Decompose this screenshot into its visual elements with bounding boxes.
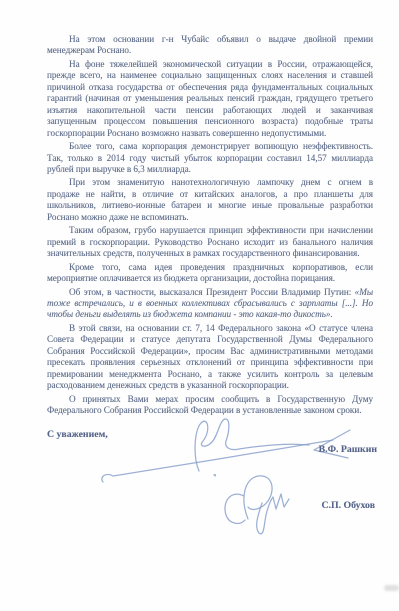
scan-smudge [384, 585, 399, 591]
paragraph: При этом знаменитую нанотехнологичную ла… [47, 177, 373, 223]
text-line: мероприятие оплачивается из бюджета орга… [47, 273, 373, 284]
text-line: премий в госкорпорации. Руководство Росн… [47, 237, 373, 248]
text-line: значительных средств, полученных в рамка… [47, 248, 373, 259]
text-line: причиной отказа государства от обеспечен… [47, 82, 373, 93]
text-line: Роснано можно даже не вспоминать. [47, 212, 373, 223]
text-line: гарантий (начиная от уменьшения реальных… [47, 93, 373, 104]
letter-body: На этом основании г-н Чубайс объявил о в… [47, 34, 373, 419]
text-line: На фоне тяжелейшей экономической ситуаци… [47, 59, 373, 70]
paragraph: Кроме того, сама идея проведения праздни… [47, 262, 373, 285]
text-line: изъятия накопительной части пенсии работ… [47, 105, 373, 116]
text-line: Об этом, в частности, высказался Президе… [47, 287, 373, 298]
text-line: Совета Федерации и статусе депутата Госу… [47, 334, 373, 345]
text-line: При этом знаменитую нанотехнологичную ла… [47, 177, 373, 188]
text-line: Собрания Российской Федерации», просим В… [47, 346, 373, 357]
text-line: О принятых Вами мерах просим сообщить в … [47, 394, 373, 405]
text-line: школьников, литиево-ионные батареи и мно… [47, 200, 373, 211]
text-line: Так, только в 2014 году чистый убыток ко… [47, 153, 373, 164]
signatory-name-obukhov: С.П. Обухов [321, 500, 375, 511]
text-line: госкорпорации Роснано возможно назвать с… [47, 128, 373, 139]
signature-obukhov [210, 469, 315, 544]
text-line: рублей при выручке в 6,3 миллиарда. [47, 164, 373, 175]
text-line: менеджерам Роснано. [47, 45, 373, 56]
text-line: прежде всего, на наименее социально защи… [47, 70, 373, 81]
text-line: премировании менеджмента Роснано, а такж… [47, 369, 373, 380]
text-line: чтобы деньги выделять из бюджета компани… [47, 309, 373, 320]
text-line: В этой связи, на основании ст. 7, 14 Фед… [47, 323, 373, 334]
text-line: расходованием денежных средств в указанн… [47, 380, 373, 391]
text-line: Более того, сама корпорация демонстрируе… [47, 141, 373, 152]
letter-page: На этом основании г-н Чубайс объявил о в… [0, 0, 399, 611]
text-line: Кроме того, сама идея проведения праздни… [47, 262, 373, 273]
paragraph: Об этом, в частности, высказался Президе… [47, 287, 373, 321]
text-line: На этом основании г-н Чубайс объявил о в… [47, 34, 373, 45]
text-line: запущенным процессом повышения пенсионно… [47, 116, 373, 127]
text-line: Таким образом, грубо нарушается принцип … [47, 225, 373, 236]
text-line: продаже не найти, в отличие от китайских… [47, 189, 373, 200]
text-line: тоже встречались, и в военных коллектива… [47, 298, 373, 309]
paragraph: Таким образом, грубо нарушается принцип … [47, 225, 373, 259]
text-line: пресекать проявления серьезных отклонени… [47, 357, 373, 368]
paragraph: В этой связи, на основании ст. 7, 14 Фед… [47, 323, 373, 392]
paragraph: На этом основании г-н Чубайс объявил о в… [47, 34, 373, 57]
paragraph: На фоне тяжелейшей экономической ситуаци… [47, 59, 373, 139]
signatory-name-rashkin: В.Ф. Рашкин [319, 444, 377, 455]
paragraph: Более того, сама корпорация демонстрируе… [47, 141, 373, 175]
